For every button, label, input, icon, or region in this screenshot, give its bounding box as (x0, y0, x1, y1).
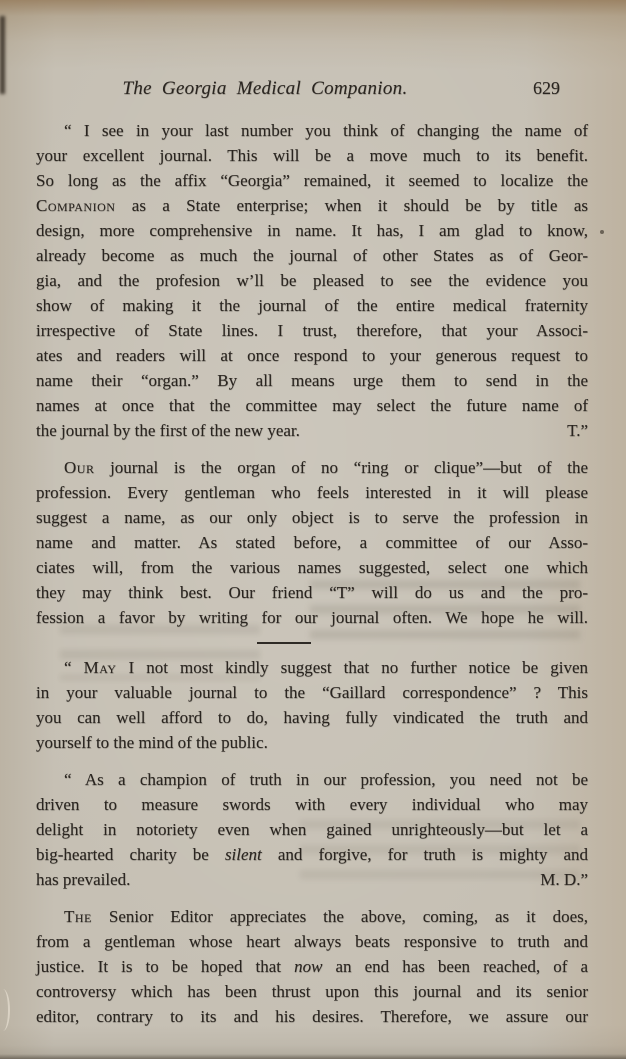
text-line: The Senior Editor appreciates the above,… (36, 904, 588, 929)
text-segment: ciates will, from the various names sugg… (36, 558, 588, 577)
text-segment: “ (64, 658, 84, 677)
line-text: show of making it the journal of the ent… (36, 296, 588, 315)
text-segment: in your valuable journal to the “Gaillar… (36, 683, 588, 702)
text-line: has prevailed.M. D.” (36, 867, 588, 892)
line-text: gia, and the profesion w’ll be pleased t… (36, 271, 588, 290)
line-text: the journal by the first of the new year… (36, 418, 300, 443)
letter-from-MD-part-2: “ As a champion of truth in our professi… (36, 767, 588, 892)
line-text: Companion as a State enterprise; when it… (36, 196, 588, 215)
text-segment: driven to measure swords with every indi… (36, 795, 588, 814)
line-text: editor, contrary to its and his desires.… (36, 1007, 588, 1026)
line-text: So long as the affix “Georgia” remained,… (36, 171, 588, 190)
text-segment: the journal by the first of the new year… (36, 421, 300, 440)
text-line: show of making it the journal of the ent… (36, 293, 588, 318)
line-text: The Senior Editor appreciates the above,… (64, 907, 588, 926)
text-line: “ As a champion of truth in our professi… (36, 767, 588, 792)
line-text: names at once that the committee may sel… (36, 396, 588, 415)
text-segment: yourself to the mind of the public. (36, 733, 268, 752)
text-line: Companion as a State enterprise; when it… (36, 193, 588, 218)
text-line: ates and readers will at once respond to… (36, 343, 588, 368)
text-line: already become as much the journal of ot… (36, 243, 588, 268)
text-line: they may think best. Our friend “T” will… (36, 580, 588, 605)
text-segment: ates and readers will at once respond to… (36, 346, 588, 365)
text-segment: name and matter. As stated before, a com… (36, 533, 588, 552)
page-number: 629 (533, 78, 560, 99)
line-text: justice. It is to be hoped that now an e… (36, 957, 588, 976)
text-segment: already become as much the journal of ot… (36, 246, 588, 265)
text-line: ciates will, from the various names sugg… (36, 555, 588, 580)
text-segment: So long as the affix “Georgia” remained,… (36, 171, 588, 190)
letter-signature: M. D.” (540, 867, 588, 892)
line-text: “ As a champion of truth in our professi… (64, 770, 588, 789)
text-line: editor, contrary to its and his desires.… (36, 1004, 588, 1029)
text-line: the journal by the first of the new year… (36, 418, 588, 443)
line-text: “ I see in your last number you think of… (64, 121, 588, 140)
running-header: The Georgia Medical Companion. 629 (0, 78, 626, 104)
text-segment: “ I see in your last number you think of… (64, 121, 588, 140)
text-segment: they may think best. Our friend “T” will… (36, 583, 588, 602)
text-line: design, more comprehensive in name. It h… (36, 218, 588, 243)
text-segment: controversy which has been thrust upon t… (36, 982, 588, 1001)
line-text: irrespective of State lines. I trust, th… (36, 321, 588, 340)
line-text: already become as much the journal of ot… (36, 246, 588, 265)
line-text: big-hearted charity be silent and forgiv… (36, 845, 588, 864)
line-text: name and matter. As stated before, a com… (36, 533, 588, 552)
text-segment: irrespective of State lines. I trust, th… (36, 321, 588, 340)
text-line: you can well afford to do, having fully … (36, 705, 588, 730)
letter-signature: T.” (567, 418, 588, 443)
text-line: name their “organ.” By all means urge th… (36, 368, 588, 393)
text-line: from a gentleman whose heart always beat… (36, 929, 588, 954)
text-segment: Senior Editor appreciates the above, com… (92, 907, 588, 926)
text-line: your excellent journal. This will be a m… (36, 143, 588, 168)
line-text: controversy which has been thrust upon t… (36, 982, 588, 1001)
line-text: Our journal is the organ of no “ring or … (64, 458, 588, 477)
line-text: has prevailed. (36, 867, 130, 892)
text-segment: suggest a name, as our only object is to… (36, 508, 588, 527)
text-segment: delight in notoriety even when gained un… (36, 820, 588, 839)
letter-from-T: “ I see in your last number you think of… (36, 118, 588, 443)
text-segment: fession a favor by writing for our journ… (36, 608, 588, 627)
text-segment: names at once that the committee may sel… (36, 396, 588, 415)
text-segment: big-hearted charity be (36, 845, 225, 864)
text-line: big-hearted charity be silent and forgiv… (36, 842, 588, 867)
text-segment: I not most kindly suggest that no furthe… (116, 658, 588, 677)
text-line: suggest a name, as our only object is to… (36, 505, 588, 530)
line-text: profession. Every gentleman who feels in… (36, 483, 588, 502)
text-line: controversy which has been thrust upon t… (36, 979, 588, 1004)
text-segment: has prevailed. (36, 870, 130, 889)
text-line: fession a favor by writing for our journ… (36, 605, 588, 630)
text-line: delight in notoriety even when gained un… (36, 817, 588, 842)
line-text: delight in notoriety even when gained un… (36, 820, 588, 839)
text-segment: gia, and the profesion w’ll be pleased t… (36, 271, 588, 290)
text-line: gia, and the profesion w’ll be pleased t… (36, 268, 588, 293)
editor-reply-to-T: Our journal is the organ of no “ring or … (36, 455, 588, 630)
text-segment: Our (64, 458, 94, 477)
text-segment: profession. Every gentleman who feels in… (36, 483, 588, 502)
text-line: driven to measure swords with every indi… (36, 792, 588, 817)
text-segment: as a State enterprise; when it should be… (115, 196, 588, 215)
line-text: driven to measure swords with every indi… (36, 795, 588, 814)
page-bottom-edge (0, 1054, 626, 1059)
text-segment: design, more comprehensive in name. It h… (36, 221, 588, 240)
text-block: “ I see in your last number you think of… (36, 118, 588, 1029)
text-segment: an end has been reached, of a (322, 957, 588, 976)
ink-speck (600, 230, 604, 234)
text-line: “ May I not most kindly suggest that no … (36, 655, 588, 680)
text-segment: you can well afford to do, having fully … (36, 708, 588, 727)
text-segment: name their “organ.” By all means urge th… (36, 371, 588, 390)
text-segment: and forgive, for truth is mighty and (262, 845, 588, 864)
text-segment: from a gentleman whose heart always beat… (36, 932, 588, 951)
line-text: from a gentleman whose heart always beat… (36, 932, 588, 951)
text-line: yourself to the mind of the public. (36, 730, 588, 755)
line-text: your excellent journal. This will be a m… (36, 146, 588, 165)
text-segment: May (84, 658, 117, 677)
line-text: in your valuable journal to the “Gaillar… (36, 683, 588, 702)
scanned-book-page: The Georgia Medical Companion. 629 “ I s… (0, 0, 626, 1059)
line-text: name their “organ.” By all means urge th… (36, 371, 588, 390)
text-segment: “ As a champion of truth in our professi… (64, 770, 588, 789)
line-text: fession a favor by writing for our journ… (36, 608, 588, 627)
line-text: suggest a name, as our only object is to… (36, 508, 588, 527)
text-segment: now (294, 957, 322, 976)
line-text: ates and readers will at once respond to… (36, 346, 588, 365)
text-line: profession. Every gentleman who feels in… (36, 480, 588, 505)
line-text: yourself to the mind of the public. (36, 733, 268, 752)
text-line: Our journal is the organ of no “ring or … (36, 455, 588, 480)
text-segment: justice. It is to be hoped that (36, 957, 294, 976)
line-text: design, more comprehensive in name. It h… (36, 221, 588, 240)
text-segment: The (64, 907, 92, 926)
line-text: you can well afford to do, having fully … (36, 708, 588, 727)
page-curl-mark (0, 989, 10, 1031)
text-segment: editor, contrary to its and his desires.… (36, 1007, 588, 1026)
journal-title: The Georgia Medical Companion. (48, 78, 482, 100)
line-text: they may think best. Our friend “T” will… (36, 583, 588, 602)
editor-reply-to-MD: The Senior Editor appreciates the above,… (36, 904, 588, 1029)
text-line: name and matter. As stated before, a com… (36, 530, 588, 555)
text-segment: Companion (36, 196, 115, 215)
section-divider (257, 642, 311, 644)
text-segment: journal is the organ of no “ring or cliq… (94, 458, 588, 477)
text-line: So long as the affix “Georgia” remained,… (36, 168, 588, 193)
line-text: “ May I not most kindly suggest that no … (64, 658, 588, 677)
text-line: “ I see in your last number you think of… (36, 118, 588, 143)
text-segment: your excellent journal. This will be a m… (36, 146, 588, 165)
text-segment: show of making it the journal of the ent… (36, 296, 588, 315)
text-line: justice. It is to be hoped that now an e… (36, 954, 588, 979)
text-line: irrespective of State lines. I trust, th… (36, 318, 588, 343)
text-segment: silent (225, 845, 262, 864)
text-line: names at once that the committee may sel… (36, 393, 588, 418)
letter-from-MD-part-1: “ May I not most kindly suggest that no … (36, 655, 588, 755)
text-line: in your valuable journal to the “Gaillar… (36, 680, 588, 705)
line-text: ciates will, from the various names sugg… (36, 558, 588, 577)
